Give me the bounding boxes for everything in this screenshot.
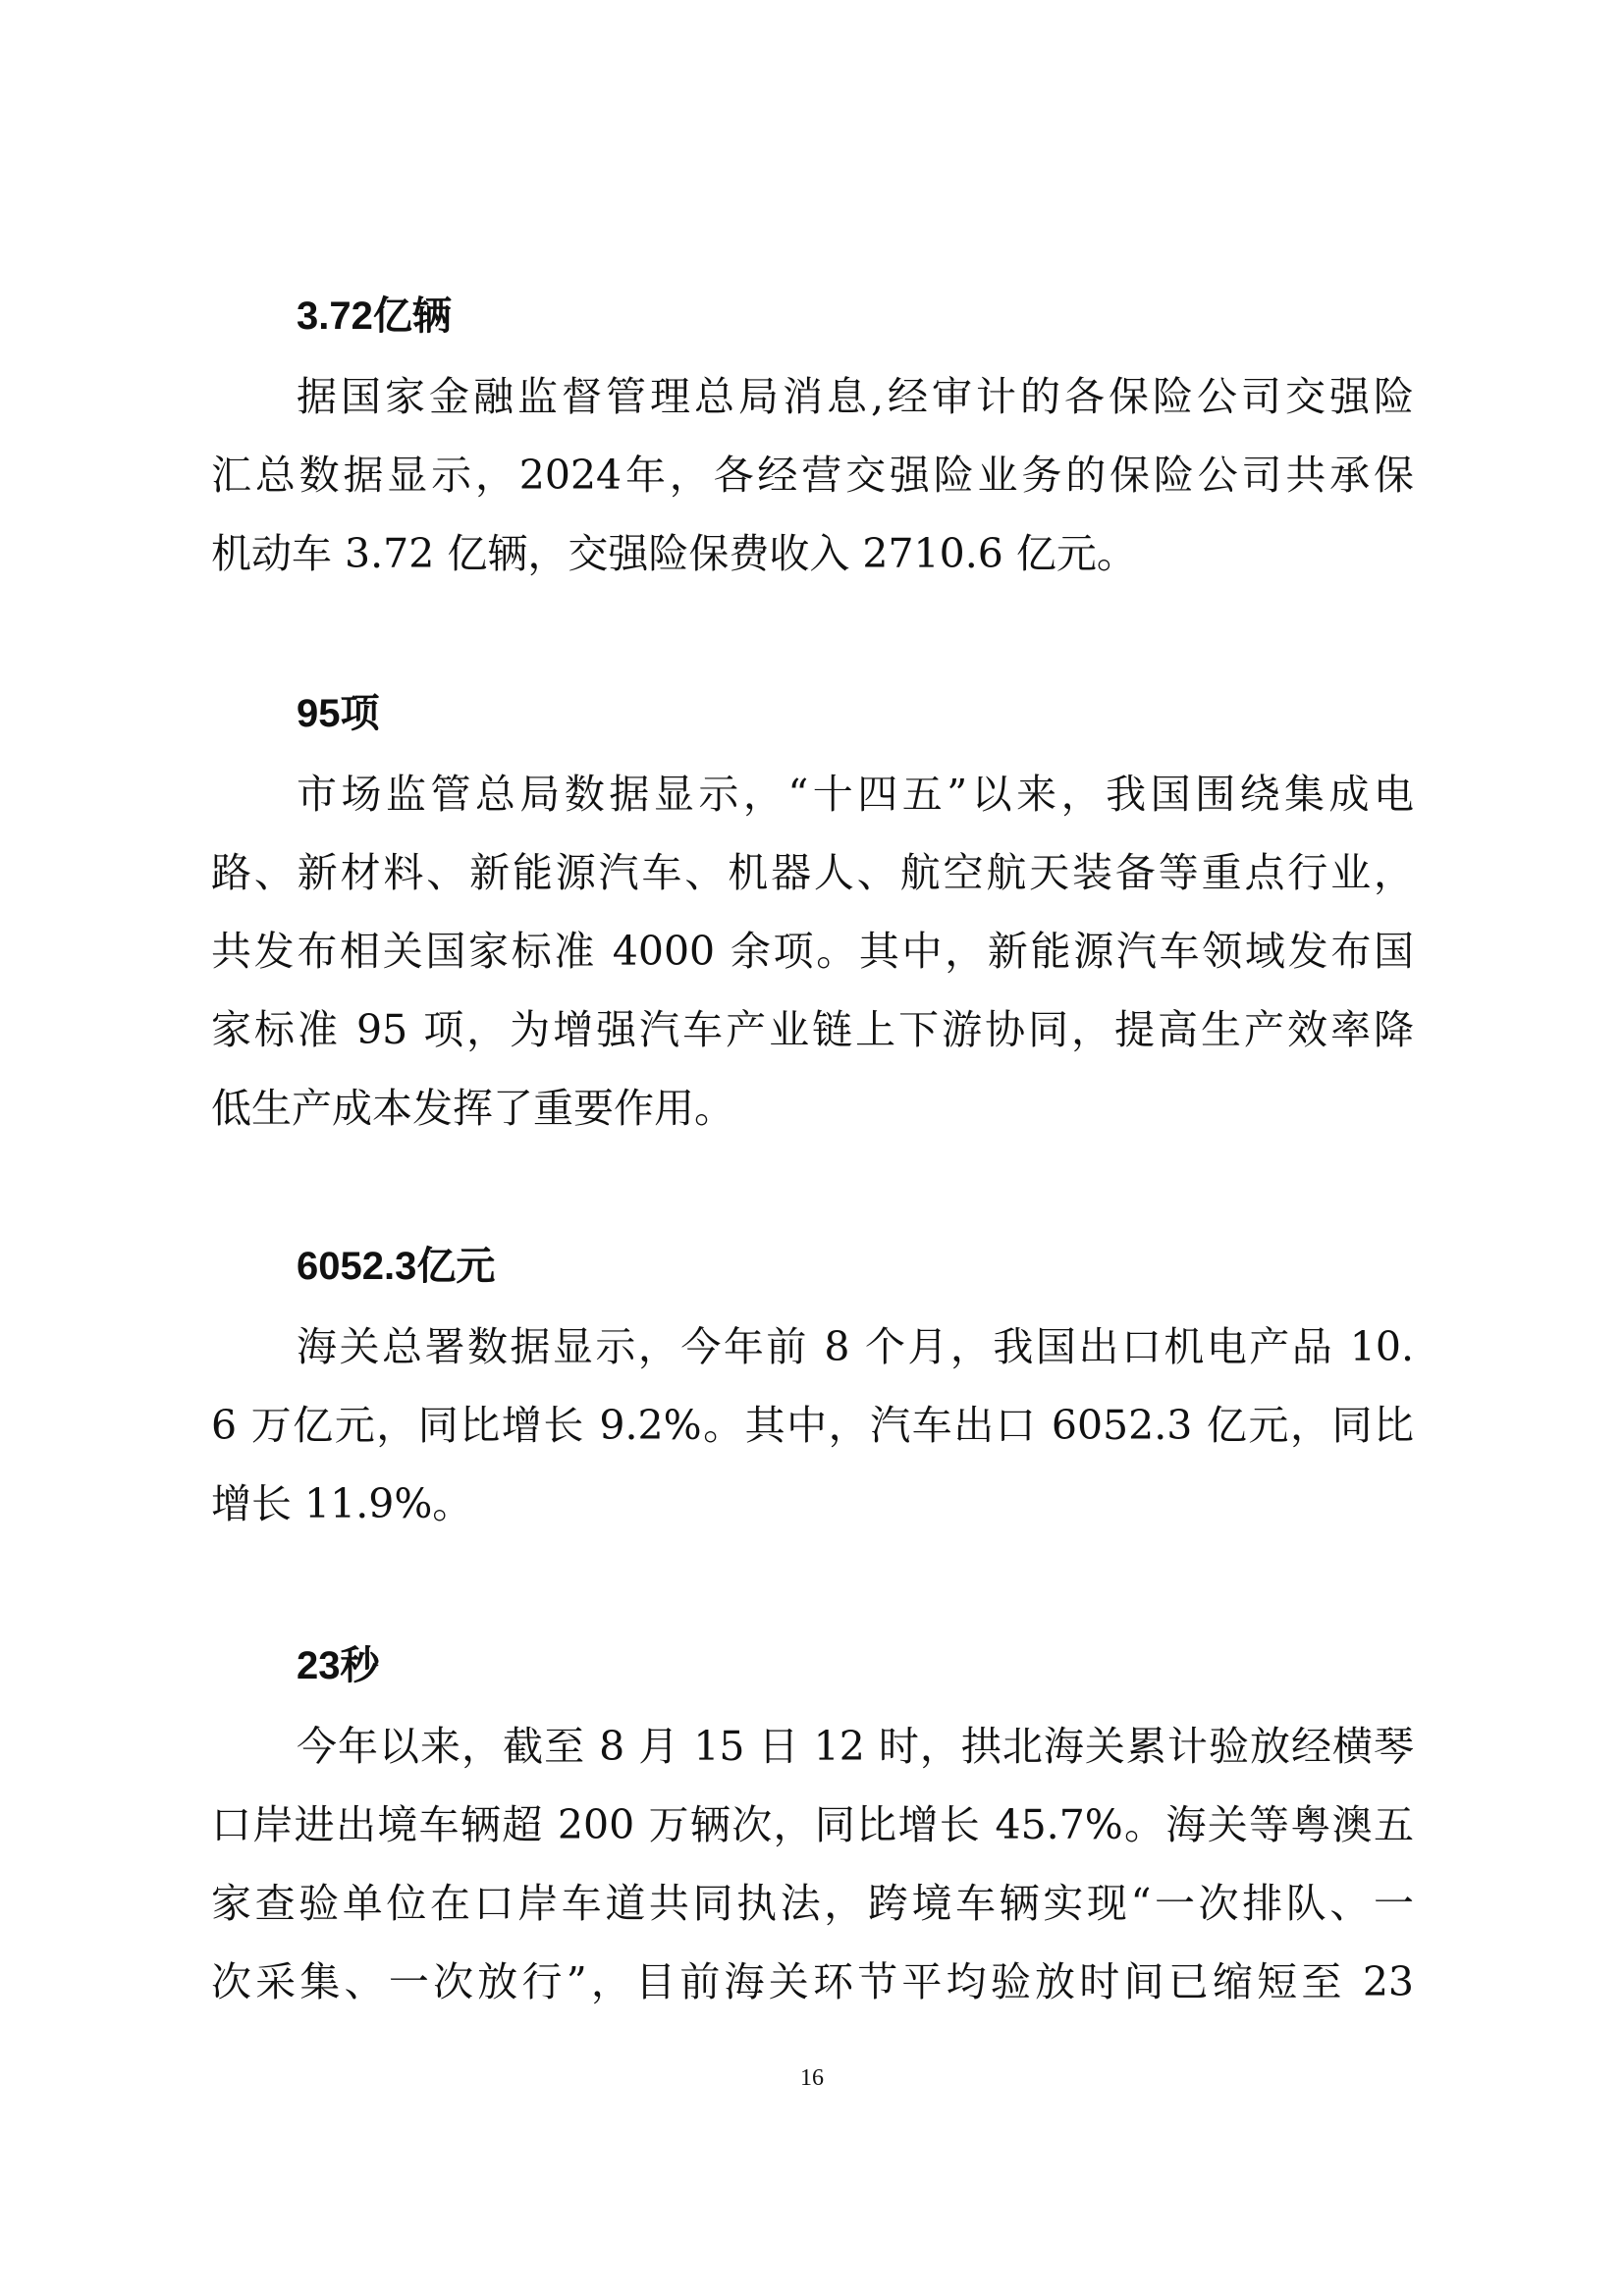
body-line: 低生产成本发挥了重要作用。 [211, 1085, 1414, 1132]
body-line: 6 万亿元，同比增长 9.2%。其中，汽车出口 6052.3 亿元，同比 [211, 1402, 1414, 1449]
section-heading: 95项 [297, 692, 380, 735]
body-line: 路、新材料、新能源汽车、机器人、航空航天装备等重点行业， [211, 849, 1414, 896]
page-number: 16 [0, 2065, 1624, 2092]
body-line: 家查验单位在口岸车道共同执法，跨境车辆实现“一次排队、一 [211, 1880, 1414, 1927]
body-line: 口岸进出境车辆超 200 万辆次，同比增长 45.7%。海关等粤澳五 [211, 1801, 1414, 1848]
section-heading: 23秒 [297, 1644, 380, 1687]
body-line: 海关总署数据显示，今年前 8 个月，我国出口机电产品 10. [297, 1323, 1414, 1370]
body-line: 家标准 95 项，为增强汽车产业链上下游协同，提高生产效率降 [211, 1006, 1414, 1053]
section-heading: 6052.3亿元 [297, 1245, 495, 1288]
body-line: 据国家金融监督管理总局消息,经审计的各保险公司交强险 [297, 373, 1414, 420]
body-line: 共发布相关国家标准 4000 余项。其中，新能源汽车领域发布国 [211, 928, 1414, 975]
body-line: 机动车 3.72 亿辆，交强险保费收入 2710.6 亿元。 [211, 530, 1414, 577]
document-page: 3.72亿辆 据国家金融监督管理总局消息,经审计的各保险公司交强险 汇总数据显示… [0, 0, 1624, 2296]
body-line: 市场监管总局数据显示，“十四五”以来，我国围绕集成电 [297, 771, 1414, 818]
body-line: 汇总数据显示，2024年，各经营交强险业务的保险公司共承保 [211, 452, 1414, 499]
body-line: 增长 11.9%。 [211, 1480, 1414, 1527]
body-line: 今年以来，截至 8 月 15 日 12 时，拱北海关累计验放经横琴 [297, 1723, 1414, 1770]
section-heading: 3.72亿辆 [297, 294, 452, 338]
body-line: 次采集、一次放行”，目前海关环节平均验放时间已缩短至 23 [211, 1958, 1414, 2005]
